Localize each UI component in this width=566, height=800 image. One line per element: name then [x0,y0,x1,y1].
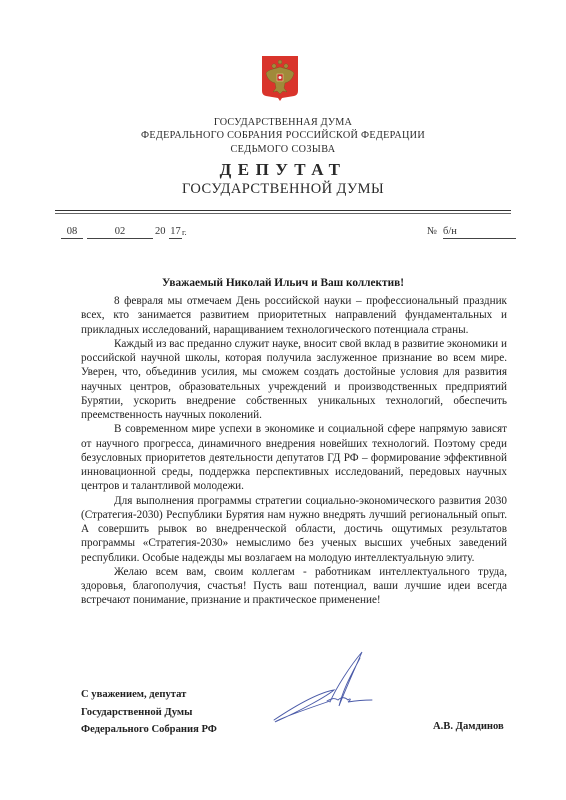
paragraph: Для выполнения программы стратегии социа… [81,494,507,565]
date-year-prefix: 20 [155,226,166,238]
number-label: № [427,226,437,238]
letterhead-line-3: СЕДЬМОГО СОЗЫВА [0,144,566,155]
paragraph: Каждый из вас преданно служит науке, вно… [81,337,507,423]
date-year-suffix: 17 [169,226,182,239]
coat-of-arms-icon [261,55,299,101]
paragraph: 8 февраля мы отмечаем День российской на… [81,294,507,337]
paragraph: Желаю всем вам, своим коллегам - работни… [81,565,507,608]
paragraph: В современном мире успехи в экономике и … [81,422,507,493]
letter-body: 8 февраля мы отмечаем День российской на… [81,294,507,608]
date-number-row: 08 02 20 17 г. № б/н [0,226,566,242]
date-year-unit: г. [182,226,187,238]
signoff-line-3: Федерального Собрания РФ [81,721,217,739]
date-day: 08 [61,226,83,239]
signoff-line-1: С уважением, депутат [81,686,217,704]
signoff-block: С уважением, депутат Государственной Дум… [81,686,217,739]
salutation: Уважаемый Николай Ильич и Ваш коллектив! [0,277,566,289]
letterhead-line-2: ФЕДЕРАЛЬНОГО СОБРАНИЯ РОССИЙСКОЙ ФЕДЕРАЦ… [0,130,566,141]
signer-name: А.В. Дамдинов [433,721,504,732]
date-month: 02 [87,226,153,239]
number-value: б/н [443,226,516,239]
letterhead-subtitle: ГОСУДАРСТВЕННОЙ ДУМЫ [0,181,566,198]
letterhead-title: ДЕПУТАТ [0,160,566,180]
letterhead-line-1: ГОСУДАРСТВЕННАЯ ДУМА [0,117,566,128]
header-divider [55,210,511,214]
signoff-line-2: Государственной Думы [81,704,217,722]
handwritten-signature-icon [272,648,390,734]
